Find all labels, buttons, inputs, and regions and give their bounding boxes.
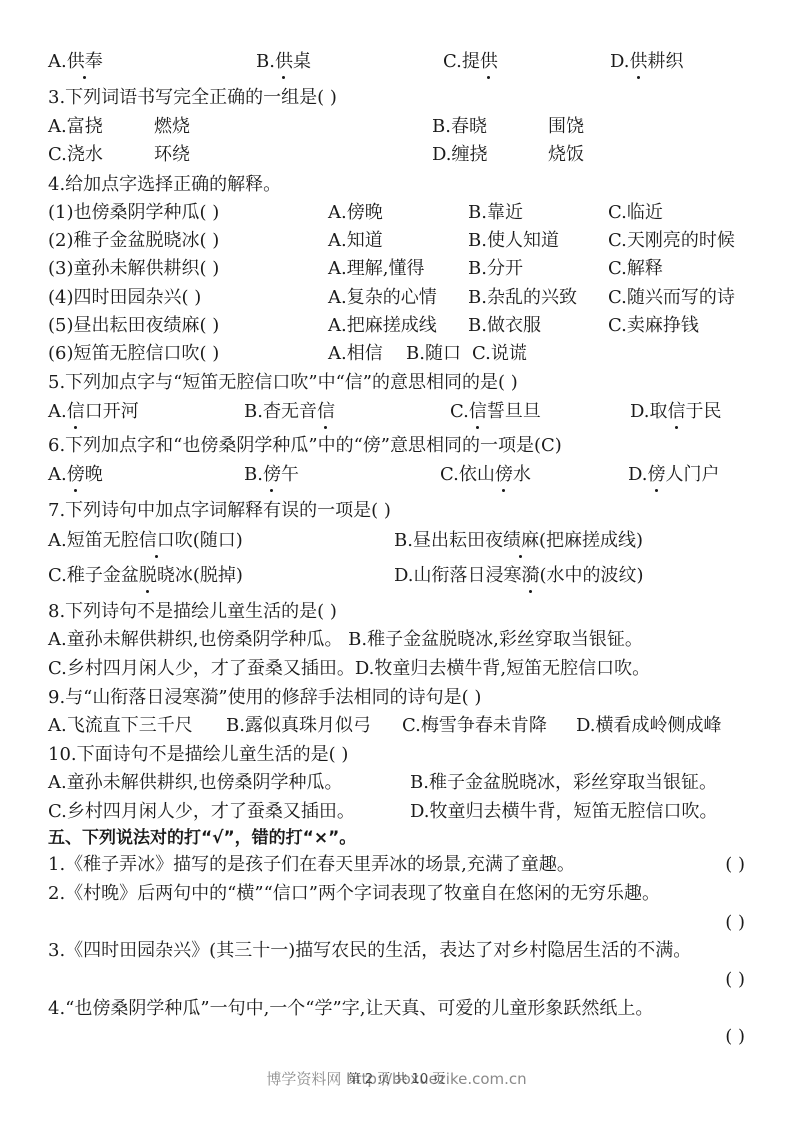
q6-option-c: C.依山傍水 xyxy=(440,461,531,489)
emphasized-chars: 信 xyxy=(67,398,85,426)
option-label: B. xyxy=(244,401,263,422)
option-text: 晓冰(脱掉) xyxy=(157,565,243,586)
q10-option-b: B.稚子金盆脱晓冰，彩丝穿取当银钲。 xyxy=(410,769,717,797)
q7-option-b: B.昼出耘田夜绩麻(把麻搓成线) xyxy=(394,527,643,555)
q4-item-option-c: C.卖麻挣钱 xyxy=(608,312,699,340)
option-text: 山衔落日浸寒 xyxy=(414,565,522,586)
option-text: 桌 xyxy=(293,51,311,72)
option-text: (水中的波纹) xyxy=(540,565,644,586)
option-text: 吹(随口) xyxy=(175,530,243,551)
option-label: A. xyxy=(48,401,67,422)
q4-item-option-a: A.复杂的心情 xyxy=(328,284,437,312)
emphasized-chars: 供 xyxy=(480,48,498,76)
q3-option-a-word2: 燃烧 xyxy=(154,113,190,141)
option-text: 取 xyxy=(650,401,668,422)
option-text: 耕织 xyxy=(648,51,684,72)
q2-option-d: D.供耕织 xyxy=(610,48,684,76)
q4-item-question: (2)稚子金盆脱晓冰( ) xyxy=(48,227,219,255)
q9-option-b: B.露似真珠月似弓 xyxy=(226,712,371,740)
q4-item-option-a: A.把麻搓成线 xyxy=(328,312,437,340)
q7-stem: 7.下列诗句中加点字词解释有误的一项是( ) xyxy=(48,497,753,525)
statement-text: 4.“也傍桑阴学种瓜”一句中,一个“学”字,让天真、可爱的儿童形象跃然纸上。 xyxy=(48,998,653,1019)
q4-item-question: (1)也傍桑阴学种瓜( ) xyxy=(48,199,219,227)
q5-option-a: A.信口开河 xyxy=(48,398,139,426)
option-text: 午 xyxy=(281,464,299,485)
emphasized-chars: 供 xyxy=(275,48,293,76)
answer-blank[interactable]: ( ) xyxy=(725,851,745,879)
q7-option-a: A.短笛无腔信口吹(随口) xyxy=(48,527,243,555)
q4-item-option-c: C.说谎 xyxy=(472,340,527,368)
q5-option-d: D.取信于民 xyxy=(630,398,722,426)
q10-option-c: C.乡村四月闲人少，才了蚕桑又插田。 xyxy=(48,798,355,826)
option-label: D. xyxy=(610,51,630,72)
true-false-item-blank-row: ( ) xyxy=(48,909,753,937)
q6-stem: 6.下列加点字和“也傍桑阴学种瓜”中的“傍”意思相同的一项是(C) xyxy=(48,432,753,460)
q4-item-option-b: B.分开 xyxy=(468,255,523,283)
option-text: 昼出耘田夜 xyxy=(413,530,503,551)
q7-option-d: D.山衔落日浸寒漪(水中的波纹) xyxy=(394,562,644,590)
emphasized-chars: 供 xyxy=(630,48,648,76)
emphasized-chars: 信 xyxy=(469,398,487,426)
q4-item-question: (4)四时田园杂兴( ) xyxy=(48,284,201,312)
q4-item: (2)稚子金盆脱晓冰( ) A.知道 B.使人知道 C.天刚亮的时候 xyxy=(48,227,753,255)
q4-item: (5)昼出耘田夜绩麻( ) A.把麻搓成线 B.做衣服 C.卖麻挣钱 xyxy=(48,312,753,340)
q4-item-option-a: A.知道 xyxy=(328,227,383,255)
option-label: B. xyxy=(394,530,413,551)
q4-item-option-c: C.天刚亮的时候 xyxy=(608,227,735,255)
q10-stem: 10.下面诗句不是描绘儿童生活的是( ) xyxy=(48,741,753,769)
q5-option-b: B.杳无音信 xyxy=(244,398,335,426)
option-text: 于民 xyxy=(686,401,722,422)
answer-blank[interactable]: ( ) xyxy=(725,909,745,937)
q10-option-d: D.牧童归去横牛背，短笛无腔信口吹。 xyxy=(410,798,718,826)
emphasized-chars: 傍 xyxy=(648,461,666,489)
q6-option-d: D.傍人门户 xyxy=(628,461,720,489)
emphasized-chars: 漪 xyxy=(522,562,540,590)
q9-option-d: D.横看成岭侧成峰 xyxy=(576,712,722,740)
q3-option-b-word2: 围饶 xyxy=(548,113,584,141)
option-label: D. xyxy=(628,464,648,485)
q7-option-c: C.稚子金盆脱晓冰(脱掉) xyxy=(48,562,243,590)
option-text: 依山 xyxy=(459,464,495,485)
option-label: C. xyxy=(450,401,469,422)
q3-stem: 3.下列词语书写完全正确的一组是( ) xyxy=(48,84,753,112)
option-label: B. xyxy=(244,464,263,485)
worksheet-page: A.供奉 B.供桌 C.提供 D.供耕织 3.下列词语书写完全正确的一组是( )… xyxy=(0,0,793,1122)
q3-option-b: B.春晓 xyxy=(432,113,487,141)
q3-option-c: C.浇水 xyxy=(48,141,103,169)
emphasized-chars: 信 xyxy=(317,398,335,426)
q3-option-d: D.缠挠 xyxy=(432,141,488,169)
q4-item: (4)四时田园杂兴( ) A.复杂的心情 B.杂乱的兴致 C.随兴而写的诗 xyxy=(48,284,753,312)
option-text: 水 xyxy=(513,464,531,485)
option-label: C. xyxy=(48,565,67,586)
q3-options-row-2: C.浇水 环绕 D.缠挠 烧饭 xyxy=(48,141,753,169)
q4-item-option-b: B.靠近 xyxy=(468,199,523,227)
q4-item: (3)童孙未解供耕织( ) A.理解,懂得 B.分开 C.解释 xyxy=(48,255,753,283)
q4-item-option-b: B.杂乱的兴致 xyxy=(468,284,577,312)
q4-item-question: (6)短笛无腔信口吹( ) xyxy=(48,340,219,368)
option-text: 口开河 xyxy=(85,401,139,422)
true-false-item-blank-row: ( ) xyxy=(48,1023,753,1051)
q4-item-option-c: C.临近 xyxy=(608,199,663,227)
option-text: 人门户 xyxy=(666,464,720,485)
emphasized-chars: 傍 xyxy=(263,461,281,489)
q3-option-c-word2: 环绕 xyxy=(154,141,190,169)
q10-options-row-2: C.乡村四月闲人少，才了蚕桑又插田。 D.牧童归去横牛背，短笛无腔信口吹。 xyxy=(48,798,753,826)
option-text: 晚 xyxy=(85,464,103,485)
emphasized-chars: 傍 xyxy=(67,461,85,489)
emphasized-chars: 脱 xyxy=(139,562,157,590)
emphasized-chars: 绩麻 xyxy=(503,527,539,555)
option-label: A. xyxy=(48,464,67,485)
true-false-item-blank-row: ( ) xyxy=(48,966,753,994)
q4-item: (6)短笛无腔信口吹( ) A.相信 B.随口 C.说谎 xyxy=(48,340,753,368)
true-false-item: 2.《村晚》后两句中的“横”“信口”两个字词表现了牧童自在悠闲的无穷乐趣。 xyxy=(48,880,753,908)
q9-option-c: C.梅雪争春未肯降 xyxy=(402,712,547,740)
q2-options-row: A.供奉 B.供桌 C.提供 D.供耕织 xyxy=(48,48,753,76)
true-false-item: 4.“也傍桑阴学种瓜”一句中,一个“学”字,让天真、可爱的儿童形象跃然纸上。 xyxy=(48,995,753,1023)
q2-option-a: A.供奉 xyxy=(48,48,103,76)
emphasized-chars: 信 xyxy=(668,398,686,426)
option-label: C. xyxy=(440,464,459,485)
option-label: C. xyxy=(443,51,462,72)
option-text: (把麻搓成线) xyxy=(539,530,643,551)
true-false-item: 1.《稚子弄冰》描写的是孩子们在春天里弄冰的场景,充满了童趣。 ( ) xyxy=(48,851,753,879)
q9-stem: 9.与“山衔落日浸寒漪”使用的修辞手法相同的诗句是( ) xyxy=(48,684,753,712)
q5-stem: 5.下列加点字与“短笛无腔信口吹”中“信”的意思相同的是( ) xyxy=(48,369,753,397)
q3-options-row-1: A.富挠 燃烧 B.春晓 围饶 xyxy=(48,113,753,141)
option-label: A. xyxy=(48,51,67,72)
q4-item-option-c: C.解释 xyxy=(608,255,663,283)
option-label: A. xyxy=(48,530,67,551)
q5-options-row: A.信口开河 B.杳无音信 C.信誓旦旦 D.取信于民 xyxy=(48,398,753,426)
q4-item: (1)也傍桑阴学种瓜( ) A.傍晚 B.靠近 C.临近 xyxy=(48,199,753,227)
q9-option-a: A.飞流直下三千尺 xyxy=(48,712,193,740)
option-text: 稚子金盆 xyxy=(67,565,139,586)
q4-item-option-a: A.傍晚 xyxy=(328,199,383,227)
option-text: 短笛无腔 xyxy=(67,530,139,551)
option-text: 提 xyxy=(462,51,480,72)
q4-item-option-a: A.理解,懂得 xyxy=(328,255,424,283)
q4-item-option-b: B.随口 xyxy=(406,340,461,368)
q9-options-row: A.飞流直下三千尺 B.露似真珠月似弓 C.梅雪争春未肯降 D.横看成岭侧成峰 xyxy=(48,712,753,740)
statement-text: 3.《四时田园杂兴》(其三十一)描写农民的生活，表达了对乡村隐居生活的不满。 xyxy=(48,940,691,961)
q4-item-option-a: A.相信 xyxy=(328,340,383,368)
emphasized-chars: 信口 xyxy=(139,527,175,555)
option-text: 杳无音 xyxy=(263,401,317,422)
q4-item-option-b: B.使人知道 xyxy=(468,227,559,255)
emphasized-chars: 供奉 xyxy=(67,48,103,76)
section-5-title: 五、下列说法对的打“√”，错的打“×”。 xyxy=(48,824,753,852)
q8-options-line-2: C.乡村四月闲人少，才了蚕桑又插田。D.牧童归去横牛背,短笛无腔信口吹。 xyxy=(48,655,753,683)
q4-item-question: (5)昼出耘田夜绩麻( ) xyxy=(48,312,219,340)
q2-option-b: B.供桌 xyxy=(256,48,311,76)
q4-item-option-b: B.做衣服 xyxy=(468,312,541,340)
q6-option-b: B.傍午 xyxy=(244,461,299,489)
q5-option-c: C.信誓旦旦 xyxy=(450,398,541,426)
q10-options-row-1: A.童孙未解供耕织,也傍桑阴学种瓜。 B.稚子金盆脱晓冰，彩丝穿取当银钲。 xyxy=(48,769,753,797)
statement-text: 2.《村晚》后两句中的“横”“信口”两个字词表现了牧童自在悠闲的无穷乐趣。 xyxy=(48,883,660,904)
q2-option-c: C.提供 xyxy=(443,48,498,76)
q4-stem: 4.给加点字选择正确的解释。 xyxy=(48,171,753,199)
option-label: D. xyxy=(394,565,414,586)
answer-blank[interactable]: ( ) xyxy=(725,966,745,994)
q6-options-row: A.傍晚 B.傍午 C.依山傍水 D.傍人门户 xyxy=(48,461,753,489)
option-label: B. xyxy=(256,51,275,72)
q10-option-a: A.童孙未解供耕织,也傍桑阴学种瓜。 xyxy=(48,769,342,797)
q4-item-question: (3)童孙未解供耕织( ) xyxy=(48,255,219,283)
q3-option-d-word2: 烧饭 xyxy=(548,141,584,169)
q6-option-a: A.傍晚 xyxy=(48,461,103,489)
q7-options-row-1: A.短笛无腔信口吹(随口) B.昼出耘田夜绩麻(把麻搓成线) xyxy=(48,527,753,555)
emphasized-chars: 傍 xyxy=(495,461,513,489)
true-false-item: 3.《四时田园杂兴》(其三十一)描写农民的生活，表达了对乡村隐居生活的不满。 xyxy=(48,937,753,965)
answer-blank[interactable]: ( ) xyxy=(725,1023,745,1051)
option-label: D. xyxy=(630,401,650,422)
q8-stem: 8.下列诗句不是描绘儿童生活的是( ) xyxy=(48,598,753,626)
q3-option-a: A.富挠 xyxy=(48,113,103,141)
statement-text: 1.《稚子弄冰》描写的是孩子们在春天里弄冰的场景,充满了童趣。 xyxy=(48,854,575,875)
q4-item-option-c: C.随兴而写的诗 xyxy=(608,284,735,312)
option-text: 誓旦旦 xyxy=(487,401,541,422)
page-number: 第 2 页 共 10 页 xyxy=(0,1068,793,1087)
q7-options-row-2: C.稚子金盆脱晓冰(脱掉) D.山衔落日浸寒漪(水中的波纹) xyxy=(48,562,753,590)
page-footer: 博学资料网 http://boxuezike.com.cn 第 2 页 共 10… xyxy=(0,1068,793,1089)
q8-options-line-1: A.童孙未解供耕织,也傍桑阴学种瓜。 B.稚子金盆脱晓冰,彩丝穿取当银钲。 xyxy=(48,626,753,654)
